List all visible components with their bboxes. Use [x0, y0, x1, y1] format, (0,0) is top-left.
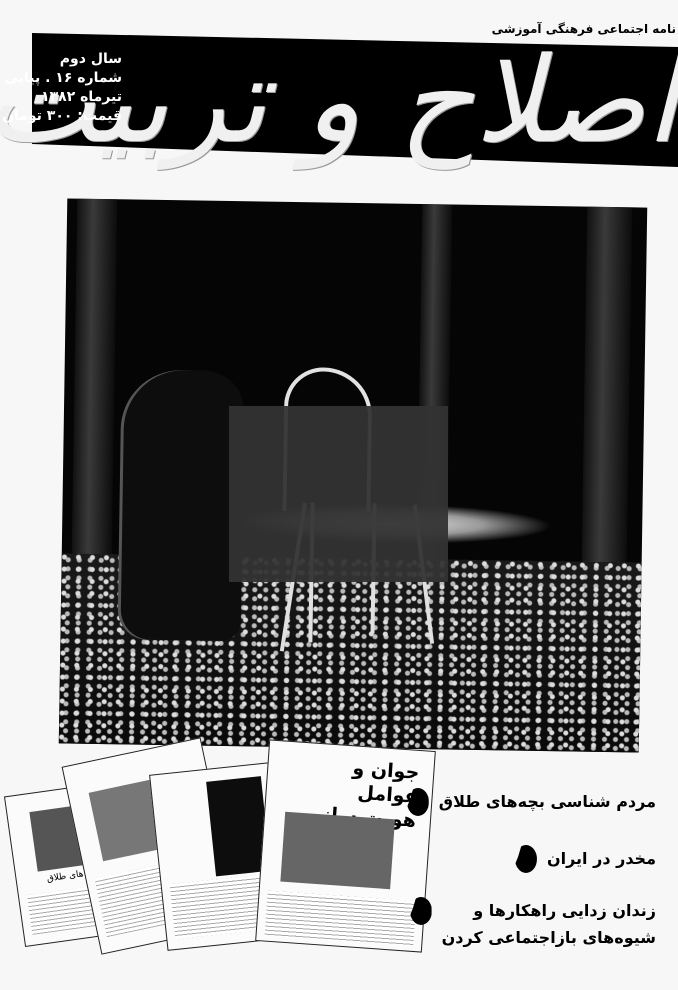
issue-date: تیرماه ۱۳۸۲ — [36, 88, 122, 107]
grey-overlay — [229, 406, 448, 582]
preview-caption: های طلاق — [46, 869, 84, 884]
crescent-bullet-icon — [515, 845, 537, 873]
preview-photo-youth — [280, 812, 395, 890]
headline-3: زندان زدایی راهکارها و شیوه‌های بازاجتما… — [410, 897, 656, 951]
headline-1: مردم شناسی بچه‌های طلاق — [407, 788, 656, 816]
magazine-logo: اصلاح و تربیت — [170, 10, 678, 210]
crescent-bullet-icon — [407, 788, 429, 816]
issue-year: سال دوم — [36, 50, 122, 69]
headline-2: مخدر در ایران — [515, 845, 656, 873]
crescent-bullet-icon — [410, 897, 432, 925]
issue-number: شماره ۱۶ . پیاپی — [36, 69, 122, 88]
issue-info: سال دوم شماره ۱۶ . پیاپی تیرماه ۱۳۸۲ قیم… — [36, 50, 122, 126]
dark-figure — [120, 369, 244, 641]
issue-price: قیمت: ۳۰۰ تومان — [36, 107, 122, 126]
